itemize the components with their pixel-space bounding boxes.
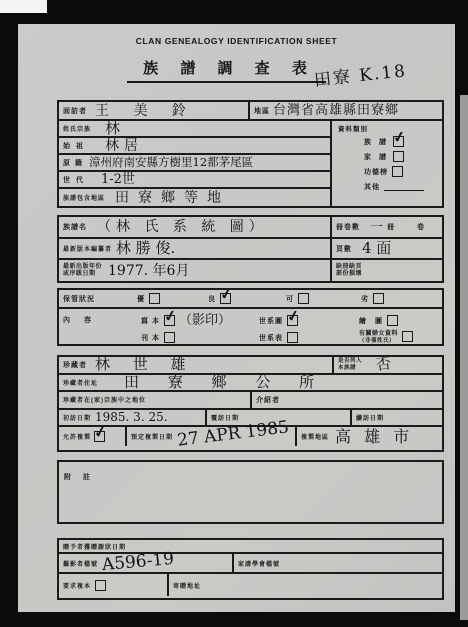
holder-address-label: 珍藏者住址 <box>63 378 98 387</box>
pages-value: 4 面 <box>362 241 391 256</box>
holder-address-value: 田 寮 鄉 公 所 <box>124 375 326 390</box>
volumes-label: 冊卷數 <box>336 222 360 232</box>
content-drawing-checkbox <box>387 315 398 326</box>
keep-option-excellent-checkbox <box>149 293 160 304</box>
file-number-row: 攝影者檔號 A596-19 家譜學會檔號 <box>59 554 442 574</box>
introducer-cell: 介紹者 <box>252 392 442 408</box>
surname-label: 姓氏宗族 <box>63 124 91 133</box>
keep-option-poor: 劣 <box>361 293 384 304</box>
volumes-cell: 冊卷數 一 冊 卷 <box>332 217 442 237</box>
holder-row: 珍藏者 林 世 雄 是否列入 本族譜 否 <box>59 357 442 375</box>
pubdate-value: 1977. 年6月 <box>108 264 189 278</box>
request-copy-checkbox <box>95 580 106 591</box>
content-pedigree-table: 世系表 <box>259 332 359 343</box>
volumes-unit-ce: 冊 <box>387 222 395 232</box>
keep-option-fair-label: 可 <box>286 294 294 304</box>
category-option-other: 其他 <box>364 179 436 194</box>
genealogy-title-label: 族譜名 <box>63 222 87 232</box>
notes-table: 附 註 <box>57 460 444 524</box>
area-value: 台灣省高雄縣田寮鄉 <box>273 104 399 117</box>
basic-info-table: 面訪者 王 美 鈴 地區 台灣省高雄縣田寮鄉 姓氏宗族 林 <box>57 100 444 208</box>
holder-position-label: 珍藏者在(家)宗族中之地位 <box>63 395 146 404</box>
photographer-no-value: A596-19 <box>101 550 174 573</box>
content-women-checkbox <box>402 331 413 342</box>
english-title: CLAN GENEALOGY IDENTIFICATION SHEET <box>18 36 455 46</box>
copy-place-value: 高 雄 市 <box>335 429 413 445</box>
pages-cell: 頁數 4 面 <box>332 239 442 258</box>
category-option-zupu-checkbox <box>393 136 404 147</box>
followup-visit-cell: 續訪日期 <box>352 410 442 426</box>
area-cell: 地區 台灣省高雄縣田寮鄉 <box>250 102 442 119</box>
pages-label: 頁數 <box>336 244 352 254</box>
content-pedigree-chart: 世系圖 <box>259 315 359 326</box>
first-visit-label: 初訪日期 <box>63 413 91 422</box>
copy-permission-cell: 允許複製 <box>59 427 127 446</box>
first-visit-cell: 初訪日期 1985. 3. 25. <box>59 410 207 426</box>
keep-option-excellent-label: 優 <box>137 294 145 304</box>
genealogy-title-row: 族譜名 （林 氏 系 統 圖） 冊卷數 一 冊 卷 <box>59 217 442 239</box>
pubdate-label-line2: 或序跋日期 <box>63 271 102 278</box>
category-option-zupu: 族 譜 <box>364 134 436 149</box>
volumes-value: 一 <box>370 221 383 234</box>
surname-row: 姓氏宗族 林 <box>59 121 330 138</box>
category-option-jiapu-checkbox <box>393 151 404 162</box>
copy-permission-row: 允許複製 預定複製日期 27 APR 1985 複製地區 高 雄 市 <box>59 427 442 446</box>
basic-left-rows: 姓氏宗族 林 始祖 林居 原籍 漳州府南安縣方樹里12都茅尾區 <box>59 121 332 206</box>
copy-date-label: 預定複製日期 <box>131 432 173 441</box>
volume-info-table: 族譜名 （林 氏 系 統 圖） 冊卷數 一 冊 卷 最新版本編纂者 林 勝 俊.… <box>57 215 444 283</box>
interviewer-label: 面訪者 <box>63 106 87 116</box>
society-no-cell: 家譜學會檔號 <box>234 554 442 572</box>
genealogy-form-sheet: CLAN GENEALOGY IDENTIFICATION SHEET 族 譜 … <box>18 24 455 612</box>
content-printed-checkbox <box>164 332 175 343</box>
coverage-row: 族譜包含地區 田寮鄉等地 <box>59 189 330 206</box>
keep-option-good-checkbox <box>220 293 231 304</box>
listed-value: 否 <box>375 356 392 373</box>
listed-in-genealogy-cell: 是否列入 本族譜 否 <box>334 357 442 373</box>
content-women-data: 有關婦女資料 （非僅姓氏） <box>359 331 413 345</box>
listed-label-line1: 是否列入 <box>338 358 362 365</box>
content-pedigree-chart-checkbox <box>287 315 298 326</box>
content-manuscript-label: 寫 本 <box>141 316 160 326</box>
scanned-document-photo: CLAN GENEALOGY IDENTIFICATION SHEET 族 譜 … <box>0 0 468 627</box>
missing-pages-cell: 缺冊缺頁 部份損壞 <box>332 260 442 281</box>
donor-cert-label: 贈予者獲贈謝狀日期 <box>63 542 126 551</box>
copy-permission-label: 允許複製 <box>63 432 91 441</box>
category-label: 資料類別 <box>338 124 436 133</box>
keep-option-good: 良 <box>208 293 231 304</box>
keep-option-good-label: 良 <box>208 294 216 304</box>
interviewer-cell: 面訪者 王 美 鈴 <box>59 102 250 119</box>
keep-option-poor-checkbox <box>373 293 384 304</box>
category-other-label: 其他 <box>364 182 380 192</box>
compiler-cell: 最新版本編纂者 林 勝 俊. <box>59 239 332 258</box>
compiler-label: 最新版本編纂者 <box>63 244 112 253</box>
society-no-label: 家譜學會檔號 <box>238 559 280 568</box>
keep-option-fair: 可 <box>286 293 309 304</box>
holder-label: 珍藏者 <box>63 360 87 370</box>
content-row: 內 容 寫 本 （影印） 世系圖 繪 圖 <box>59 309 442 344</box>
first-ancestor-row: 始祖 林居 <box>59 138 330 155</box>
category-option-jiapu: 家 譜 <box>364 149 436 164</box>
holder-address-cell: 珍藏者住址 田 寮 鄉 公 所 <box>59 375 442 391</box>
genealogy-title-cell: 族譜名 （林 氏 系 統 圖） <box>59 217 332 237</box>
pubdate-row: 最新出版年份 或序跋日期 1977. 年6月 缺冊缺頁 部份損壞 <box>59 260 442 281</box>
generations-row: 世代 1-2世 <box>59 172 330 189</box>
holder-position-row: 珍藏者在(家)宗族中之地位 介紹者 <box>59 392 442 410</box>
content-label: 內 容 <box>63 315 141 325</box>
request-copy-cell: 要求複本 <box>59 574 169 596</box>
content-printed-label: 刊 本 <box>141 333 160 343</box>
generations-value: 1-2世 <box>101 173 135 186</box>
pubdate-cell: 最新出版年份 或序跋日期 1977. 年6月 <box>59 260 332 281</box>
scan-corner-artifact <box>0 0 47 13</box>
holder-cell: 珍藏者 林 世 雄 <box>59 357 334 373</box>
content-drawing: 繪 圖 <box>359 315 398 326</box>
scan-edge-artifact <box>460 95 468 620</box>
pubdate-label-line1: 最新出版年份 <box>63 264 102 271</box>
chinese-title: 族 譜 調 查 表 <box>127 57 326 83</box>
mailing-address-label: 寄贈地址 <box>173 581 201 590</box>
volumes-unit-juan: 卷 <box>417 222 425 232</box>
category-option-gongdebang: 功德榜 <box>364 164 436 179</box>
introducer-label: 介紹者 <box>256 395 280 405</box>
photographer-no-cell: 攝影者檔號 A596-19 <box>59 554 234 572</box>
origin-value: 漳州府南安縣方樹里12都茅尾區 <box>89 157 253 169</box>
copy-date-cell: 預定複製日期 27 APR 1985 <box>127 427 297 446</box>
content-pedigree-chart-label: 世系圖 <box>259 316 283 326</box>
category-box: 資料類別 族 譜 家 譜 功德榜 <box>332 121 442 206</box>
keep-option-excellent: 優 <box>137 293 160 304</box>
category-option-gongdebang-checkbox <box>392 166 403 177</box>
content-pedigree-table-checkbox <box>287 332 298 343</box>
keep-condition-row: 保管狀況 優 良 可 劣 <box>59 290 442 309</box>
coverage-value: 田寮鄉等地 <box>115 191 230 205</box>
content-manuscript-checkbox <box>164 315 175 326</box>
request-copy-row: 要求複本 寄贈地址 <box>59 574 442 596</box>
category-option-jiapu-label: 家 譜 <box>364 152 389 162</box>
mailing-address-cell: 寄贈地址 <box>169 574 442 596</box>
content-women-note: （非僅姓氏） <box>359 338 398 345</box>
copy-place-label: 複製地區 <box>301 432 329 441</box>
surname-value: 林 <box>105 121 120 136</box>
compiler-row: 最新版本編纂者 林 勝 俊. 頁數 4 面 <box>59 239 442 260</box>
holder-table: 珍藏者 林 世 雄 是否列入 本族譜 否 珍藏者住址 田 寮 鄉 公 所 <box>57 355 444 452</box>
coverage-label: 族譜包含地區 <box>63 193 105 202</box>
origin-row: 原籍 漳州府南安縣方樹里12都茅尾區 <box>59 155 330 172</box>
area-label: 地區 <box>254 106 270 116</box>
origin-label: 原籍 <box>63 158 87 168</box>
first-ancestor-value: 林居 <box>105 139 143 153</box>
copy-permission-checkbox <box>94 431 105 442</box>
first-visit-value: 1985. 3. 25. <box>95 411 168 423</box>
donor-cert-row: 贈予者獲贈謝狀日期 <box>59 540 442 554</box>
notes-label: 附 註 <box>64 474 95 481</box>
keep-option-fair-checkbox <box>298 293 309 304</box>
content-women-label: 有關婦女資料 <box>359 331 398 338</box>
category-option-zupu-label: 族 譜 <box>364 137 389 147</box>
condition-table: 保管狀況 優 良 可 劣 內 容 <box>57 288 444 346</box>
keep-option-poor-label: 劣 <box>361 294 369 304</box>
copy-place-cell: 複製地區 高 雄 市 <box>297 427 442 446</box>
content-manuscript-note: （影印） <box>179 314 231 327</box>
holder-address-row: 珍藏者住址 田 寮 鄉 公 所 <box>59 375 442 393</box>
listed-label-line2: 本族譜 <box>338 365 362 372</box>
content-printed: 刊 本 <box>141 332 259 343</box>
category-option-gongdebang-label: 功德榜 <box>364 167 388 177</box>
category-other-blank-line <box>384 182 424 191</box>
content-drawing-label: 繪 圖 <box>359 316 383 326</box>
first-ancestor-label: 始祖 <box>63 141 89 151</box>
interviewer-value: 王 美 鈴 <box>95 104 196 118</box>
archive-table: 贈予者獲贈謝狀日期 攝影者檔號 A596-19 家譜學會檔號 要求複本 寄贈地址 <box>57 538 444 600</box>
followup-visit-label: 續訪日期 <box>356 413 384 422</box>
content-pedigree-table-label: 世系表 <box>259 333 283 343</box>
compiler-value: 林 勝 俊. <box>116 241 175 256</box>
keep-condition-label: 保管狀況 <box>63 294 95 304</box>
missing-label-line2: 部份損壞 <box>336 271 362 278</box>
content-manuscript: 寫 本 （影印） <box>141 314 259 327</box>
holder-position-cell: 珍藏者在(家)宗族中之地位 <box>59 392 252 408</box>
generations-label: 世代 <box>63 175 89 185</box>
revisit-label: 覆訪日期 <box>211 413 239 422</box>
missing-label-line1: 缺冊缺頁 <box>336 264 362 271</box>
genealogy-title-value: （林 氏 系 統 圖） <box>97 220 268 234</box>
photographer-no-label: 攝影者檔號 <box>63 559 98 568</box>
holder-value: 林 世 雄 <box>95 357 195 372</box>
request-copy-label: 要求複本 <box>63 581 91 590</box>
